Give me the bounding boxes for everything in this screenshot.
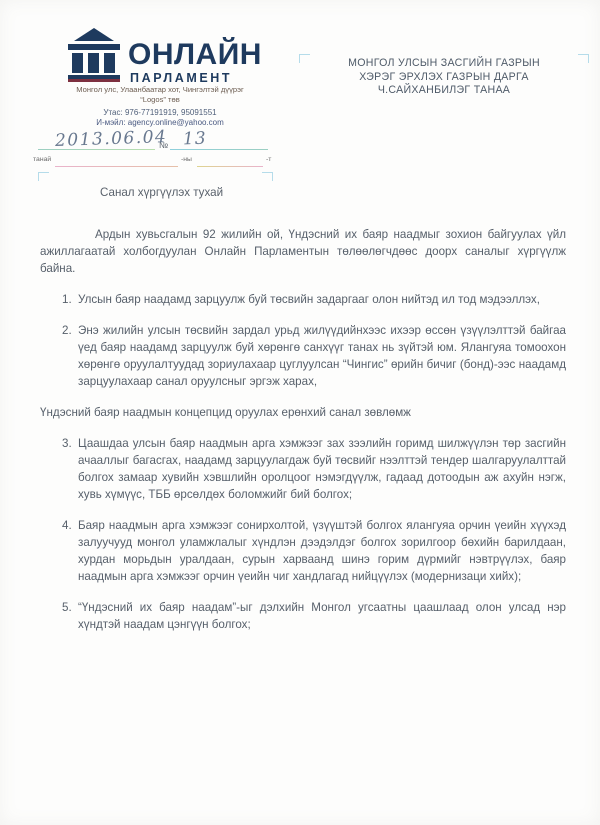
recipient-line-2: ХЭРЭГ ЭРХЛЭХ ГАЗРЫН ДАРГА bbox=[303, 71, 585, 85]
org-name: ОНЛАЙН bbox=[128, 40, 262, 70]
scanned-letter-page: ОНЛАЙН ПАРЛАМЕНТ Монгол улс, Улаанбаатар… bbox=[0, 0, 600, 825]
letter-body: Ардын хувьсгалын 92 жилийн ой, Үндэсний … bbox=[40, 226, 566, 647]
list-item: 2. Энэ жилийн улсын төсвийн зардал урьд … bbox=[40, 322, 566, 390]
intro-paragraph: Ардын хувьсгалын 92 жилийн ой, Үндэсний … bbox=[40, 226, 566, 277]
org-email: И-мэйл: agency.online@yahoo.com bbox=[20, 118, 300, 127]
list-item-number: 1. bbox=[62, 291, 78, 308]
handwritten-date: 2013.06.04 bbox=[55, 127, 168, 151]
list-item-text: Улсын баяр наадамд зарцуулж буй төсвийн … bbox=[78, 291, 566, 308]
recipient-block: МОНГОЛ УЛСЫН ЗАСГИЙН ГАЗРЫН ХЭРЭГ ЭРХЛЭХ… bbox=[303, 57, 585, 98]
number-sign-label: № bbox=[159, 140, 168, 150]
corner-mark bbox=[38, 172, 49, 181]
corner-mark bbox=[299, 54, 310, 63]
form-blank-line bbox=[197, 166, 263, 167]
form-mid-label: -ны bbox=[181, 156, 192, 163]
list-item-number: 2. bbox=[62, 322, 78, 390]
number-underline bbox=[170, 149, 268, 150]
logo: ОНЛАЙН ПАРЛАМЕНТ bbox=[66, 28, 262, 85]
list-item: 3. Цаашдаа улсын баяр наадмын арга хэмжэ… bbox=[40, 435, 566, 503]
logo-base-stripe bbox=[68, 79, 120, 82]
logo-architrave bbox=[68, 44, 120, 50]
list-item: 4. Баяр наадмын арга хэмжээг сонирхолтой… bbox=[40, 517, 566, 585]
subject-line: Санал хүргүүлэх тухай bbox=[100, 186, 223, 199]
logo-roof bbox=[74, 28, 114, 41]
logo-column bbox=[88, 53, 99, 73]
list-item: 5. “Үндэсний их баяр наадам”-ыг дэлхийн … bbox=[40, 599, 566, 633]
logo-column bbox=[104, 53, 115, 73]
list-item: 1. Улсын баяр наадамд зарцуулж буй төсви… bbox=[40, 291, 566, 308]
form-blank-line bbox=[55, 166, 178, 167]
date-underline bbox=[38, 149, 155, 150]
list-item-text: Баяр наадмын арга хэмжээг сонирхолтой, ү… bbox=[78, 517, 566, 585]
list-item-number: 5. bbox=[62, 599, 78, 633]
logo-column bbox=[72, 53, 83, 73]
logo-text: ОНЛАЙН ПАРЛАМЕНТ bbox=[128, 40, 262, 85]
list-item-text: Энэ жилийн улсын төсвийн зардал урьд жил… bbox=[78, 322, 566, 390]
recipient-line-3: Ч.САЙХАНБИЛЭГ ТАНАА bbox=[303, 84, 585, 98]
form-suffix-label: -т bbox=[266, 156, 271, 163]
org-subname: ПАРЛАМЕНТ bbox=[130, 71, 262, 85]
corner-mark bbox=[262, 172, 273, 181]
form-prefix-label: танай bbox=[33, 156, 51, 163]
list-item-number: 4. bbox=[62, 517, 78, 585]
list-item-text: Цаашдаа улсын баяр наадмын арга хэмжээг … bbox=[78, 435, 566, 503]
org-phone: Утас: 976-77191919, 95091551 bbox=[20, 108, 300, 117]
list-item-number: 3. bbox=[62, 435, 78, 503]
list-item-text: “Үндэсний их баяр наадам”-ыг дэлхийн Мон… bbox=[78, 599, 566, 633]
recipient-line-1: МОНГОЛ УЛСЫН ЗАСГИЙН ГАЗРЫН bbox=[303, 57, 585, 71]
handwritten-ref-number: 13 bbox=[183, 129, 207, 150]
org-address-line1: Монгол улс, Улаанбаатар хот, Чингэлтэй д… bbox=[20, 85, 300, 94]
parliament-building-icon bbox=[66, 28, 122, 82]
corner-mark bbox=[578, 54, 589, 63]
mid-heading: Үндэсний баяр наадмын концепцид оруулах … bbox=[40, 404, 566, 421]
org-address-line2: “Logos” төв bbox=[20, 95, 300, 104]
